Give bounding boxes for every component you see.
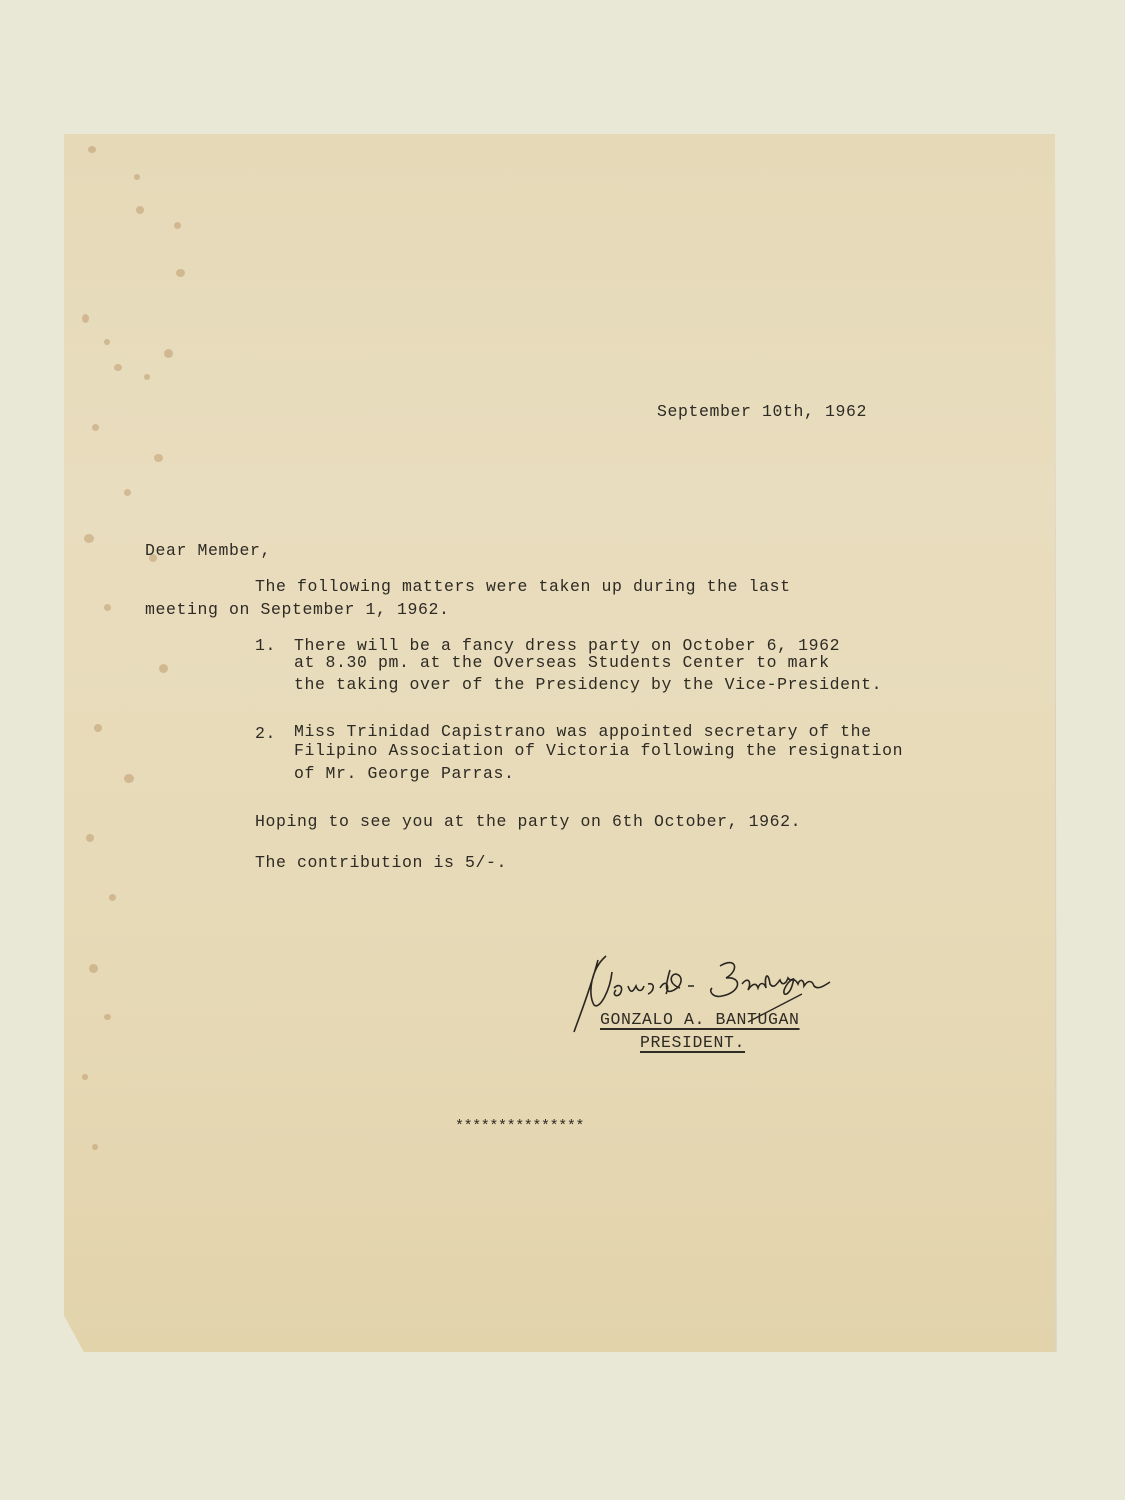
item-1-number: 1. [255,638,276,655]
foxing-stain [84,534,94,543]
intro-line-1: The following matters were taken up duri… [255,579,791,596]
foxing-stain [154,454,163,462]
item-2-number: 2. [255,726,276,743]
foxing-stain [109,894,116,901]
item-2-line-3: of Mr. George Parras. [294,766,515,783]
end-of-letter-asterisks: *************** [455,1119,584,1134]
intro-line-2: meeting on September 1, 1962. [145,602,450,619]
item-1-line-2: at 8.30 pm. at the Overseas Students Cen… [294,655,830,672]
closing-line-1: Hoping to see you at the party on 6th Oc… [255,814,801,831]
signatory-name: GONZALO A. BANTUGAN [600,1012,800,1029]
foxing-stain [144,374,150,380]
foxing-stain [124,774,134,783]
foxing-stain [124,489,131,496]
foxing-stain [89,964,98,973]
foxing-stain [82,1074,88,1080]
letter-date: September 10th, 1962 [657,404,867,421]
foxing-stain [104,604,111,611]
foxing-stain [134,174,140,180]
foxing-stain [92,1144,98,1150]
item-2-line-1: Miss Trinidad Capistrano was appointed s… [294,724,872,741]
foxing-stain [88,146,96,153]
foxing-stain [159,664,168,673]
foxing-stain [176,269,185,277]
foxing-stain [82,314,89,323]
salutation: Dear Member, [145,543,271,560]
foxing-stain [136,206,144,214]
foxing-stain [174,222,181,229]
signatory-title: PRESIDENT. [640,1035,745,1052]
foxing-stain [92,424,99,431]
item-1-line-3: the taking over of the Presidency by the… [294,677,882,694]
foxing-stain [104,1014,111,1020]
foxing-stain [94,724,102,732]
item-2-line-2: Filipino Association of Victoria followi… [294,743,903,760]
foxing-stain [114,364,122,371]
foxing-stain [164,349,173,358]
foxing-stain [104,339,110,345]
closing-line-2: The contribution is 5/-. [255,855,507,872]
foxing-stain [86,834,94,842]
